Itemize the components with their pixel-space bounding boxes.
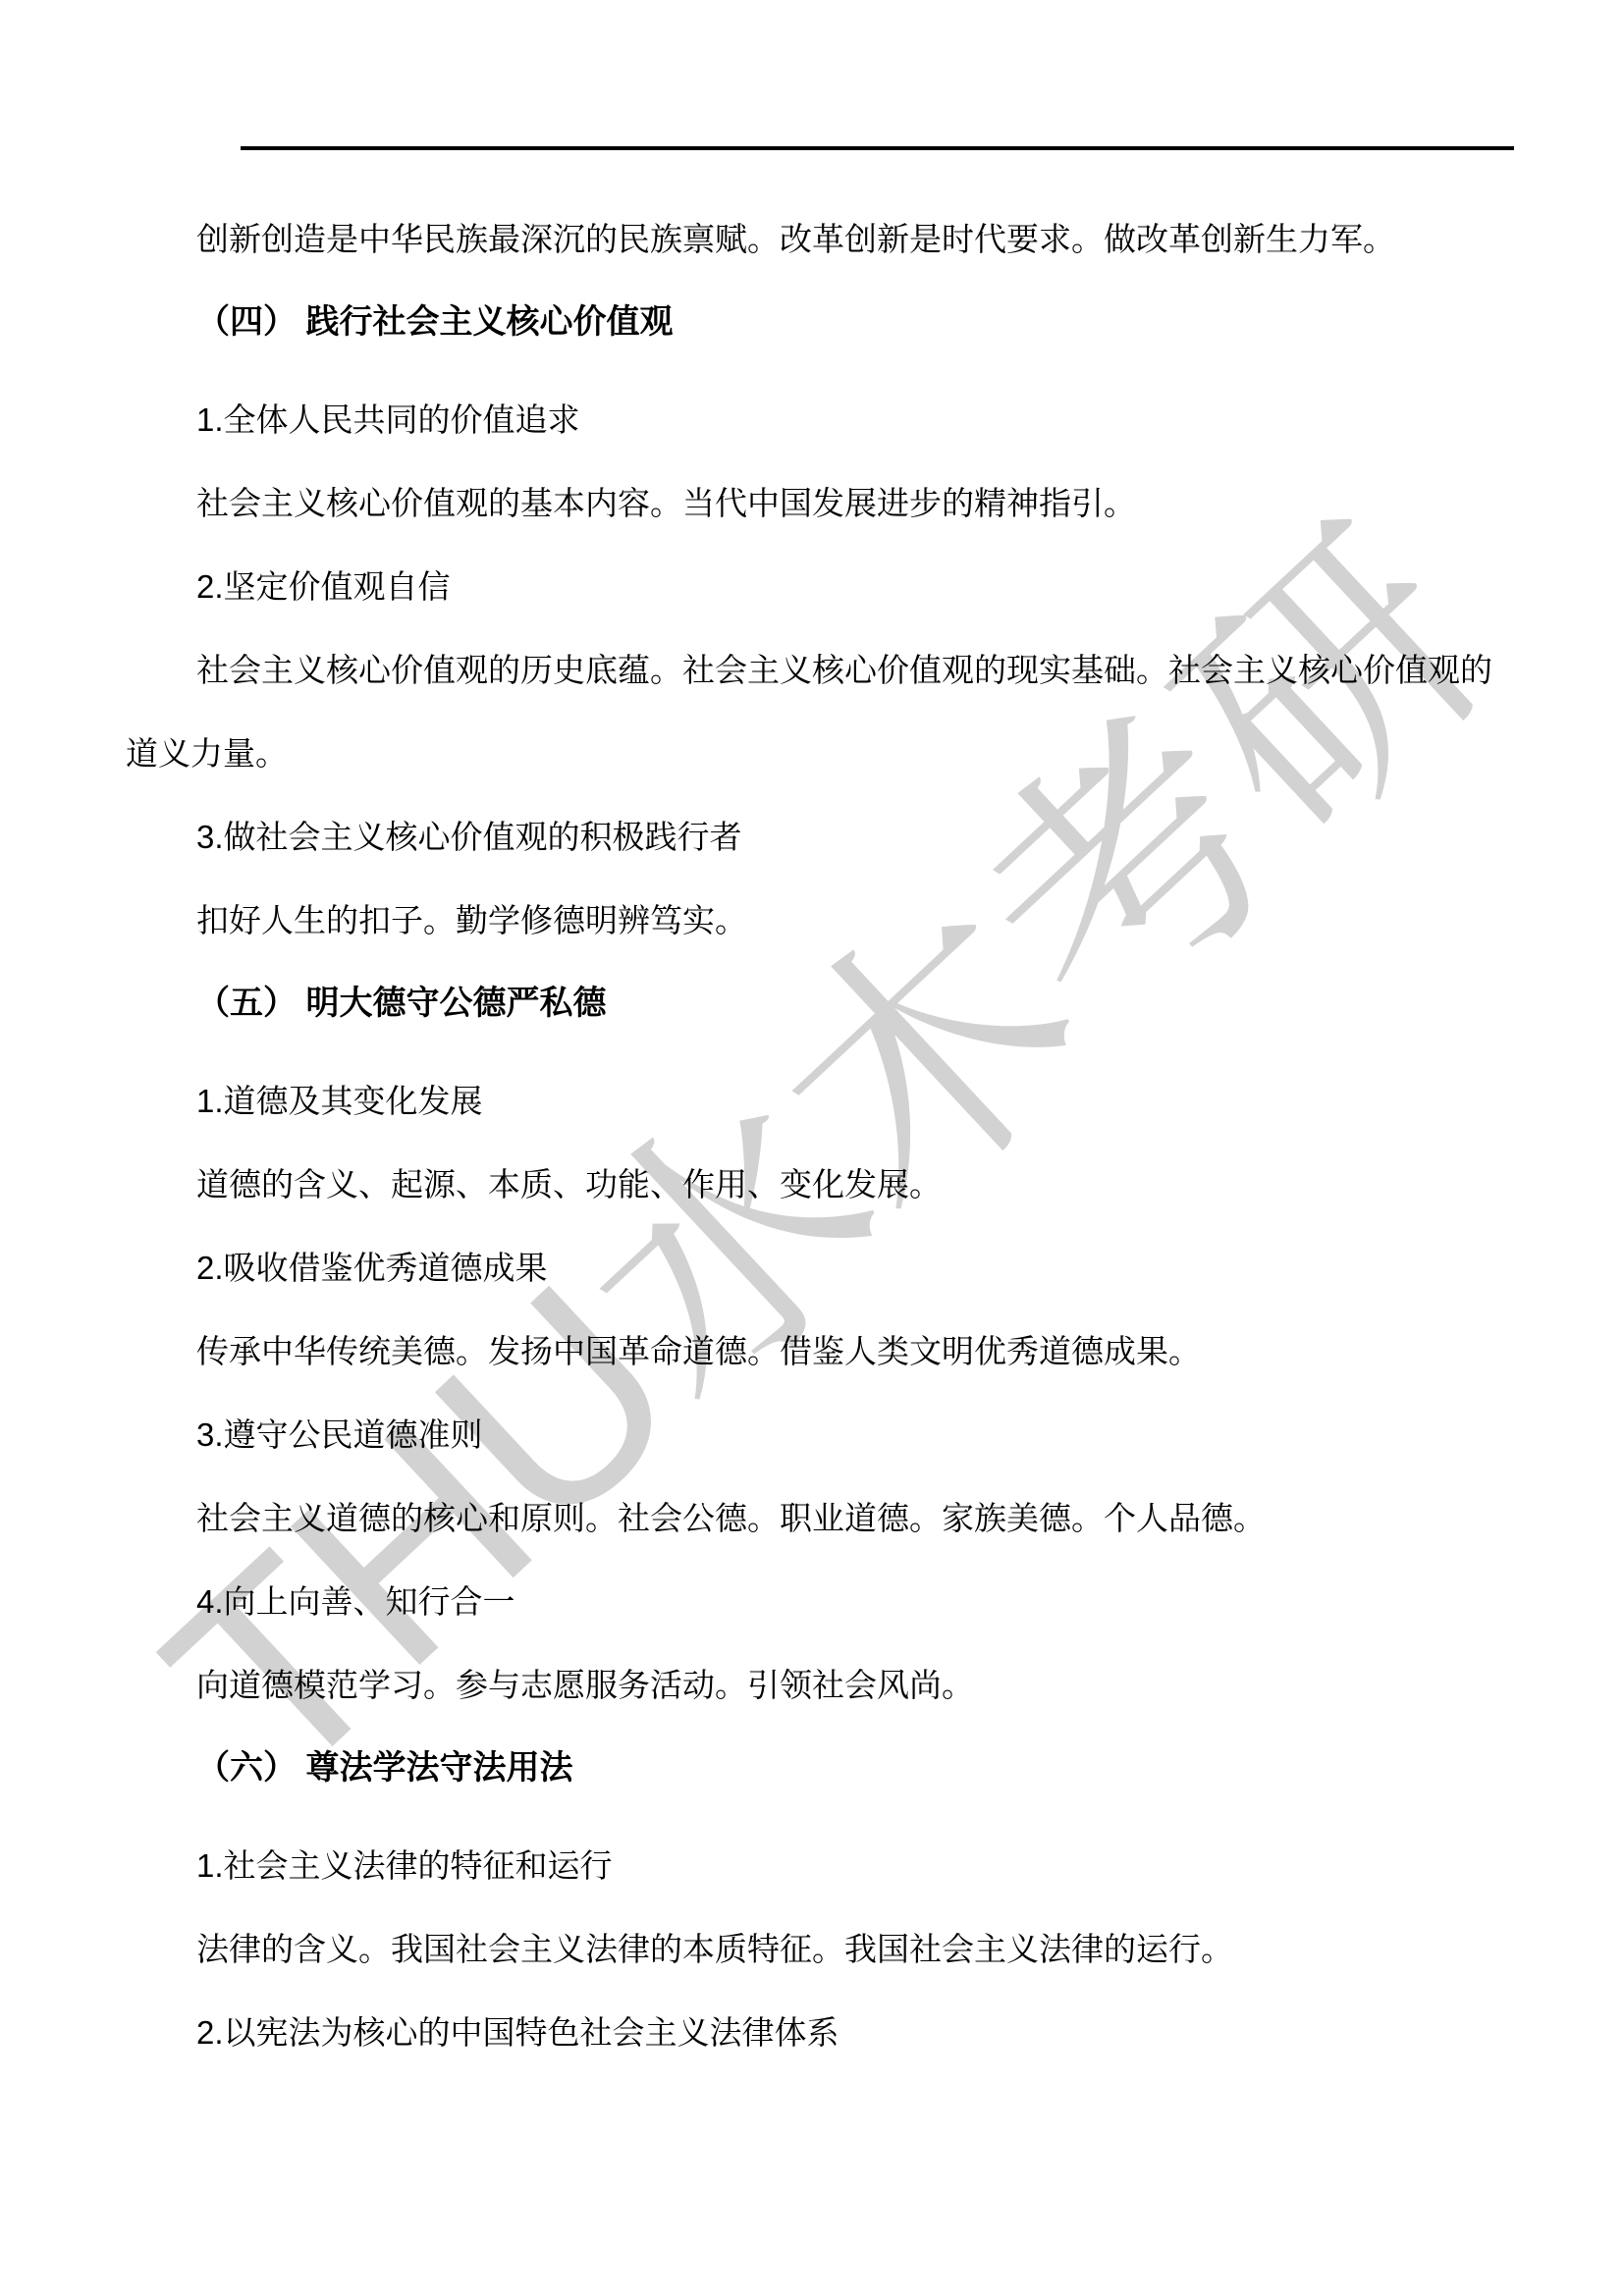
text-line: 1.道德及其变化发展 [126,1059,1502,1143]
text-line: 社会主义核心价值观的基本内容。当代中国发展进步的精神指引。 [126,461,1502,545]
text-line: 3.遵守公民道德准则 [126,1393,1502,1476]
text-line: 创新创造是中华民族最深沉的民族禀赋。改革创新是时代要求。做改革创新生力军。 [126,197,1502,281]
text-line: 1.社会主义法律的特征和运行 [126,1824,1502,1907]
text-line: 社会主义道德的核心和原则。社会公德。职业道德。家族美德。个人品德。 [126,1476,1502,1560]
text-line: 2.以宪法为核心的中国特色社会主义法律体系 [126,1991,1502,2074]
text-line: 道义力量。 [126,712,1502,795]
text-line: 扣好人生的扣子。勤学修德明辨笃实。 [126,879,1502,962]
header-rule [241,146,1514,150]
text-line: 4.向上向善、知行合一 [126,1560,1502,1643]
text-line: 3.做社会主义核心价值观的积极践行者 [126,795,1502,879]
text-line: 1.全体人民共同的价值追求 [126,378,1502,461]
section-heading: （四） 践行社会主义核心价值观 [126,281,1502,364]
text-line: 道德的含义、起源、本质、功能、作用、变化发展。 [126,1143,1502,1226]
text-line: 社会主义核心价值观的历史底蕴。社会主义核心价值观的现实基础。社会主义核心价值观的 [126,628,1502,712]
text-line: 向道德模范学习。参与志愿服务活动。引领社会风尚。 [126,1643,1502,1727]
section-heading: （六） 尊法学法守法用法 [126,1727,1502,1810]
text-line: 2.坚定价值观自信 [126,545,1502,628]
text-line: 传承中华传统美德。发扬中国革命道德。借鉴人类文明优秀道德成果。 [126,1309,1502,1393]
text-line: 法律的含义。我国社会主义法律的本质特征。我国社会主义法律的运行。 [126,1907,1502,1991]
section-heading: （五） 明大德守公德严私德 [126,962,1502,1045]
page-content: 创新创造是中华民族最深沉的民族禀赋。改革创新是时代要求。做改革创新生力军。（四）… [126,197,1502,2074]
document-page: THU水木考研 创新创造是中华民族最深沉的民族禀赋。改革创新是时代要求。做改革创… [0,0,1624,2296]
text-line: 2.吸收借鉴优秀道德成果 [126,1226,1502,1309]
